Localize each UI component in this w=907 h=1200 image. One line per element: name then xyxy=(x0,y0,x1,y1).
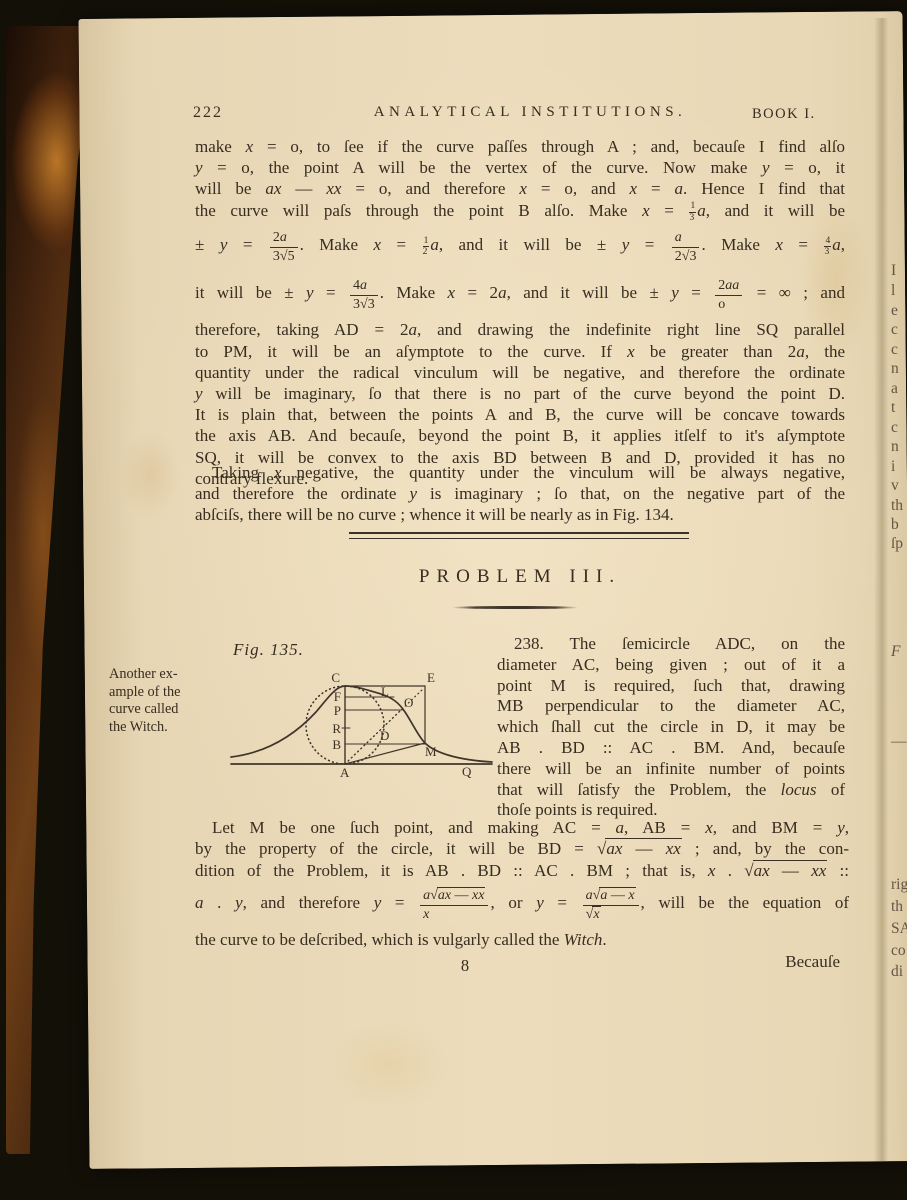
figure-label-D: D xyxy=(380,728,389,743)
italic-text: x xyxy=(274,463,282,482)
italic-text: a xyxy=(360,278,367,293)
italic-text: a xyxy=(280,230,287,245)
facing-page-text-fragment: n xyxy=(891,360,899,378)
italic-text: x xyxy=(448,283,456,302)
facing-page-text-fragment: c xyxy=(891,419,898,437)
text-line: Let M be one ſuch point, and making AC =… xyxy=(195,817,849,838)
book-photo: { "colors":{"paper":"#e9d8b7","ink":"#37… xyxy=(0,0,907,1200)
small-fraction: 13 xyxy=(689,201,696,223)
italic-text: x xyxy=(373,235,381,254)
figure-label-B: B xyxy=(332,737,341,752)
fraction: 4a3√3 xyxy=(350,278,378,313)
italic-text: a xyxy=(697,201,706,220)
radical: √ax — xx xyxy=(597,838,682,858)
facing-page-text-fragment: ſp xyxy=(891,535,903,553)
radical: √a — x xyxy=(593,887,636,903)
italic-text: xx xyxy=(666,839,681,858)
text-line: y = o, the point A will be the vertex of… xyxy=(195,157,845,178)
paragraph-taking-x-negative: Taking x negative, the quantity under th… xyxy=(195,462,845,526)
fraction: a√ax — xxx xyxy=(420,888,488,923)
facing-page-text-fragment: F xyxy=(891,643,900,661)
text-line: the Witch. xyxy=(109,719,201,737)
text-line: the curve will paſs through the point B … xyxy=(195,200,845,223)
paragraph-continuation: make x = o, to ſee if the curve paſſes t… xyxy=(195,136,845,489)
text-line: there will be an infinite number of poin… xyxy=(497,759,845,780)
text-line: quantity under the radical vinculum will… xyxy=(195,362,845,383)
text-line: that will ſatisfy the Problem, the locus… xyxy=(497,780,845,801)
text-line: ± y = 2a3√5. Make x = 12a, and it will b… xyxy=(195,223,845,271)
text-line: It is plain that, between the points A a… xyxy=(195,404,845,425)
text-line: to PM, it will be an aſymptote to the cu… xyxy=(195,341,845,362)
italic-text: y xyxy=(220,235,228,254)
facing-page-text-fragment: e xyxy=(891,302,898,320)
italic-text: x xyxy=(519,179,527,198)
italic-text: a xyxy=(796,342,805,361)
fraction: 2a3√5 xyxy=(270,230,298,265)
italic-text: y xyxy=(235,893,243,912)
witch-curve-diagram: CELOFPRBDMAQ xyxy=(228,656,495,792)
paragraph-let-m: Let M be one ſuch point, and making AC =… xyxy=(195,817,849,951)
figure-label-F: F xyxy=(334,689,341,704)
italic-text: x xyxy=(246,137,254,156)
facing-page-edge: IleccnatcnivthbſpF—rigthSAcodi xyxy=(884,0,907,1200)
italic-text: y xyxy=(762,158,770,177)
italic-text: y xyxy=(306,283,314,302)
italic-text: a xyxy=(195,893,204,912)
italic-text: y xyxy=(671,283,679,302)
facing-page-text-fragment: b xyxy=(891,516,899,534)
italic-text: x xyxy=(593,907,599,922)
italic-text: ax xyxy=(606,839,622,858)
text-line: therefore, taking AD = 2a, and drawing t… xyxy=(195,319,845,340)
italic-text: y xyxy=(837,818,845,837)
facing-page-text-fragment: SA xyxy=(891,920,907,938)
text-line: the curve to be deſcribed, which is vulg… xyxy=(195,929,849,950)
text-line: Another ex- xyxy=(109,666,201,684)
italic-text: a xyxy=(832,235,841,254)
facing-page-text-fragment: I xyxy=(891,262,896,280)
italic-text: y xyxy=(409,484,417,503)
facing-page-text-fragment: — xyxy=(891,733,907,751)
italic-text: a xyxy=(498,283,507,302)
heading-rule xyxy=(452,606,578,609)
small-fraction: 43 xyxy=(824,236,831,258)
facing-page-text-fragment: rig xyxy=(891,876,907,894)
facing-page-text-fragment: co xyxy=(891,942,906,960)
italic-text: y xyxy=(195,158,203,177)
text-line: abſciſs, there will be no curve ; whence… xyxy=(195,504,845,525)
italic-text: xx xyxy=(326,179,341,198)
italic-text: a xyxy=(430,235,439,254)
italic-text: x xyxy=(708,861,716,880)
section-divider-rule xyxy=(349,532,689,539)
figure-label-Q: Q xyxy=(462,764,472,779)
italic-text: x xyxy=(628,888,634,903)
text-line: Taking x negative, the quantity under th… xyxy=(195,462,845,483)
radical: √x xyxy=(586,906,601,922)
text-line: diameter AC, being given ; out of it a xyxy=(497,655,845,676)
italic-text: y xyxy=(622,235,630,254)
figure-label-O: O xyxy=(404,695,413,710)
italic-text: x xyxy=(630,179,638,198)
margin-note: Another ex-ample of thecurve calledthe W… xyxy=(109,666,201,736)
italic-text: x xyxy=(423,907,429,922)
line-AM xyxy=(345,743,425,764)
italic-text: y xyxy=(195,384,203,403)
italic-text: a xyxy=(616,818,625,837)
fraction: a2√3 xyxy=(672,230,700,265)
italic-text: a xyxy=(675,230,682,245)
small-fraction: 12 xyxy=(423,236,430,258)
text-line: the axis AB. And becauſe, beyond the poi… xyxy=(195,425,845,446)
text-line: AB . BD :: AC . BM. And, becauſe xyxy=(497,738,845,759)
facing-page-text-fragment: n xyxy=(891,438,899,456)
facing-page-text-fragment: t xyxy=(891,399,895,417)
facing-page-text-fragment: c xyxy=(891,341,898,359)
italic-text: aa xyxy=(725,278,739,293)
italic-text: y xyxy=(374,893,382,912)
running-title: ANALYTICAL INSTITUTIONS. xyxy=(290,104,770,121)
catchword: Becauſe xyxy=(745,952,840,972)
facing-page-text-fragment: c xyxy=(891,321,898,339)
fraction: a√a — x√x xyxy=(583,888,639,923)
italic-text: a xyxy=(600,888,607,903)
text-line: MB perpendicular to the diameter AC, xyxy=(497,696,845,717)
text-line: by the property of the circle, it will b… xyxy=(195,838,849,859)
facing-page-text-fragment: l xyxy=(891,282,895,300)
text-line: it will be ± y = 4a3√3. Make x = 2a, and… xyxy=(195,271,845,319)
italic-text: ax xyxy=(754,861,770,880)
italic-text: ax xyxy=(265,179,281,198)
text-line: dition of the Problem, it is AB . BD :: … xyxy=(195,860,849,881)
italic-text: a xyxy=(675,179,684,198)
text-line: a . y, and therefore y = a√ax — xxx, or … xyxy=(195,881,849,929)
text-line: make x = o, to ſee if the curve paſſes t… xyxy=(195,136,845,157)
facing-page-text-fragment: di xyxy=(891,963,903,981)
text-line: and therefore the ordinate y is imaginar… xyxy=(195,483,845,504)
figure-label-P: P xyxy=(334,703,341,718)
figure-label-M: M xyxy=(425,744,437,759)
figure-label-A: A xyxy=(340,765,350,780)
facing-page-text-fragment: th xyxy=(891,497,903,515)
facing-page-text-fragment: i xyxy=(891,458,895,476)
text-line: ample of the xyxy=(109,684,201,702)
italic-text: x xyxy=(627,342,635,361)
italic-text: x xyxy=(642,201,650,220)
figure-135: CELOFPRBDMAQ xyxy=(228,656,495,792)
italic-text: x xyxy=(775,235,783,254)
radical: √ax — xx xyxy=(430,887,485,903)
page-number: 222 xyxy=(193,104,223,122)
italic-text: xx xyxy=(811,861,826,880)
text-line: will be ax — xx = o, and therefore x = o… xyxy=(195,178,845,199)
italic-text: y xyxy=(536,893,544,912)
italic-text: a xyxy=(408,320,417,339)
italic-text: x xyxy=(705,818,713,837)
italic-text: xx xyxy=(472,888,484,903)
figure-label-C: C xyxy=(331,670,340,685)
facing-page-text-fragment: v xyxy=(891,477,899,495)
figure-label-E: E xyxy=(427,670,435,685)
paragraph-238: 238. The ſemicircle ADC, on thediameter … xyxy=(497,634,845,821)
facing-page-text-fragment: a xyxy=(891,380,898,398)
italic-text: Witch xyxy=(564,930,603,949)
text-line: which ſhall cut the circle in D, it may … xyxy=(497,717,845,738)
book-label: BOOK I. xyxy=(752,106,852,123)
fraction: 2aao xyxy=(715,278,742,313)
italic-text: locus xyxy=(781,780,817,799)
radical: √ax — xx xyxy=(744,860,827,880)
figure-label-R: R xyxy=(332,721,341,736)
problem-heading: PROBLEM III. xyxy=(195,566,845,588)
signature-mark: 8 xyxy=(420,956,510,976)
text-line: curve called xyxy=(109,701,201,719)
text-line: y will be imaginary, ſo that there is no… xyxy=(195,383,845,404)
facing-page-text-fragment: th xyxy=(891,898,903,916)
italic-text: ax xyxy=(438,888,451,903)
text-line: 238. The ſemicircle ADC, on the xyxy=(497,634,845,655)
figure-label-L: L xyxy=(381,684,389,699)
italic-text: a xyxy=(586,888,593,903)
text-line: point M is required, ſuch that, drawing xyxy=(497,676,845,697)
